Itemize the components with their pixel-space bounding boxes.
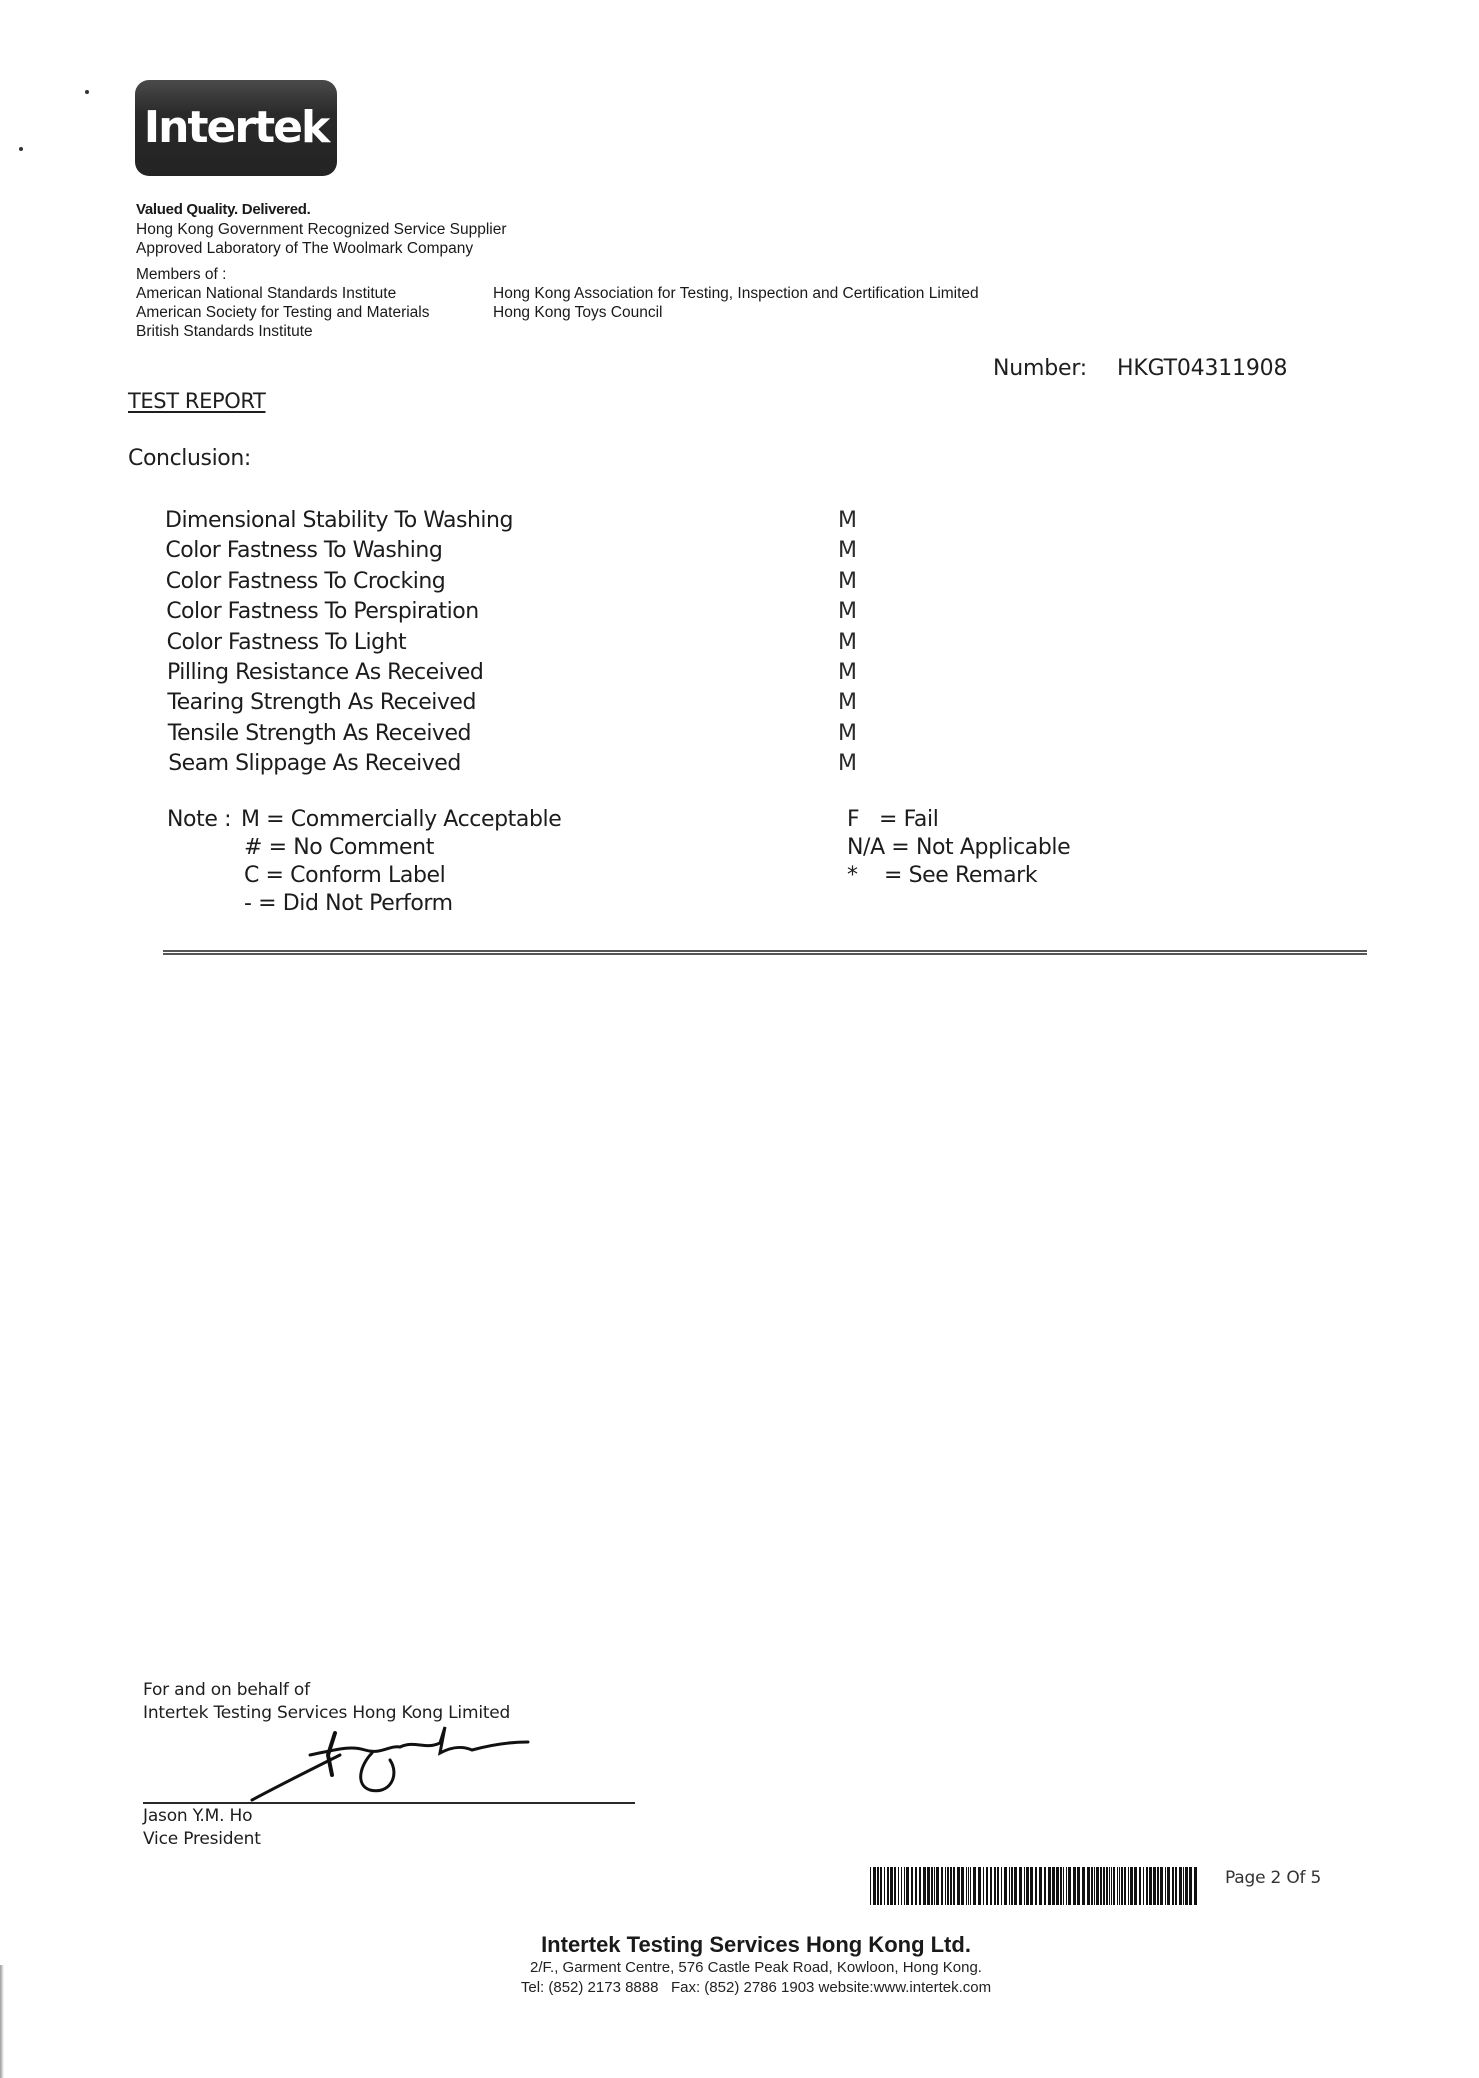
members-label: Members of : xyxy=(136,265,226,284)
test-result: M xyxy=(838,538,857,563)
section-divider xyxy=(163,950,1367,955)
member-item: Hong Kong Association for Testing, Inspe… xyxy=(493,284,979,303)
member-item: American National Standards Institute xyxy=(136,284,396,303)
test-result: M xyxy=(838,660,857,685)
test-result: M xyxy=(838,690,857,715)
test-result: M xyxy=(838,599,857,624)
test-result: M xyxy=(838,508,857,533)
report-number-value: HKGT04311908 xyxy=(1117,356,1287,381)
footer-company: Intertek Testing Services Hong Kong Ltd. xyxy=(0,1932,1479,1958)
letterhead-line: Approved Laboratory of The Woolmark Comp… xyxy=(136,239,473,258)
report-title: TEST REPORT xyxy=(128,389,265,413)
note-item: * = See Remark xyxy=(847,863,1037,888)
note-item: # = No Comment xyxy=(244,835,434,860)
signature-line-1: For and on behalf of xyxy=(143,1680,310,1700)
note-item: M = Commercially Acceptable xyxy=(241,807,561,832)
test-name: Color Fastness To Perspiration xyxy=(166,599,478,624)
test-name: Color Fastness To Washing xyxy=(165,538,442,563)
signatory-name: Jason Y.M. Ho xyxy=(143,1806,252,1826)
test-name: Pilling Resistance As Received xyxy=(167,660,483,685)
tagline: Valued Quality. Delivered. xyxy=(136,200,311,219)
letterhead-line: Hong Kong Government Recognized Service … xyxy=(136,220,507,239)
test-name: Dimensional Stability To Washing xyxy=(165,508,513,533)
test-name: Seam Slippage As Received xyxy=(168,751,461,776)
signatory-position: Vice President xyxy=(143,1829,261,1849)
member-item: British Standards Institute xyxy=(136,322,313,341)
handwritten-signature xyxy=(240,1715,530,1810)
scan-speck xyxy=(85,90,89,94)
logo-text: Intertek xyxy=(144,102,328,153)
test-name: Tensile Strength As Received xyxy=(168,721,471,746)
note-item: N/A = Not Applicable xyxy=(847,835,1070,860)
footer-contact: Tel: (852) 2173 8888 Fax: (852) 2786 190… xyxy=(0,1979,1479,1996)
test-result: M xyxy=(838,721,857,746)
test-result: M xyxy=(838,630,857,655)
member-item: Hong Kong Toys Council xyxy=(493,303,662,322)
test-result: M xyxy=(838,751,857,776)
note-item: C = Conform Label xyxy=(244,863,445,888)
note-item: - = Did Not Perform xyxy=(244,891,453,916)
test-name: Color Fastness To Crocking xyxy=(166,569,445,594)
member-item: American Society for Testing and Materia… xyxy=(136,303,430,322)
test-result: M xyxy=(838,569,857,594)
page-indicator: Page 2 Of 5 xyxy=(1225,1868,1321,1888)
test-name: Tearing Strength As Received xyxy=(167,690,476,715)
test-name: Color Fastness To Light xyxy=(167,630,407,655)
barcode xyxy=(870,1867,1198,1905)
footer-address: 2/F., Garment Centre, 576 Castle Peak Ro… xyxy=(0,1959,1479,1976)
signature-rule xyxy=(143,1802,635,1804)
report-number-label: Number: xyxy=(993,356,1087,381)
note-item: F = Fail xyxy=(847,807,938,832)
intertek-logo: Intertek xyxy=(135,80,337,176)
conclusion-label: Conclusion: xyxy=(128,446,251,471)
note-prefix: Note : xyxy=(167,807,231,832)
scan-speck xyxy=(19,147,23,151)
